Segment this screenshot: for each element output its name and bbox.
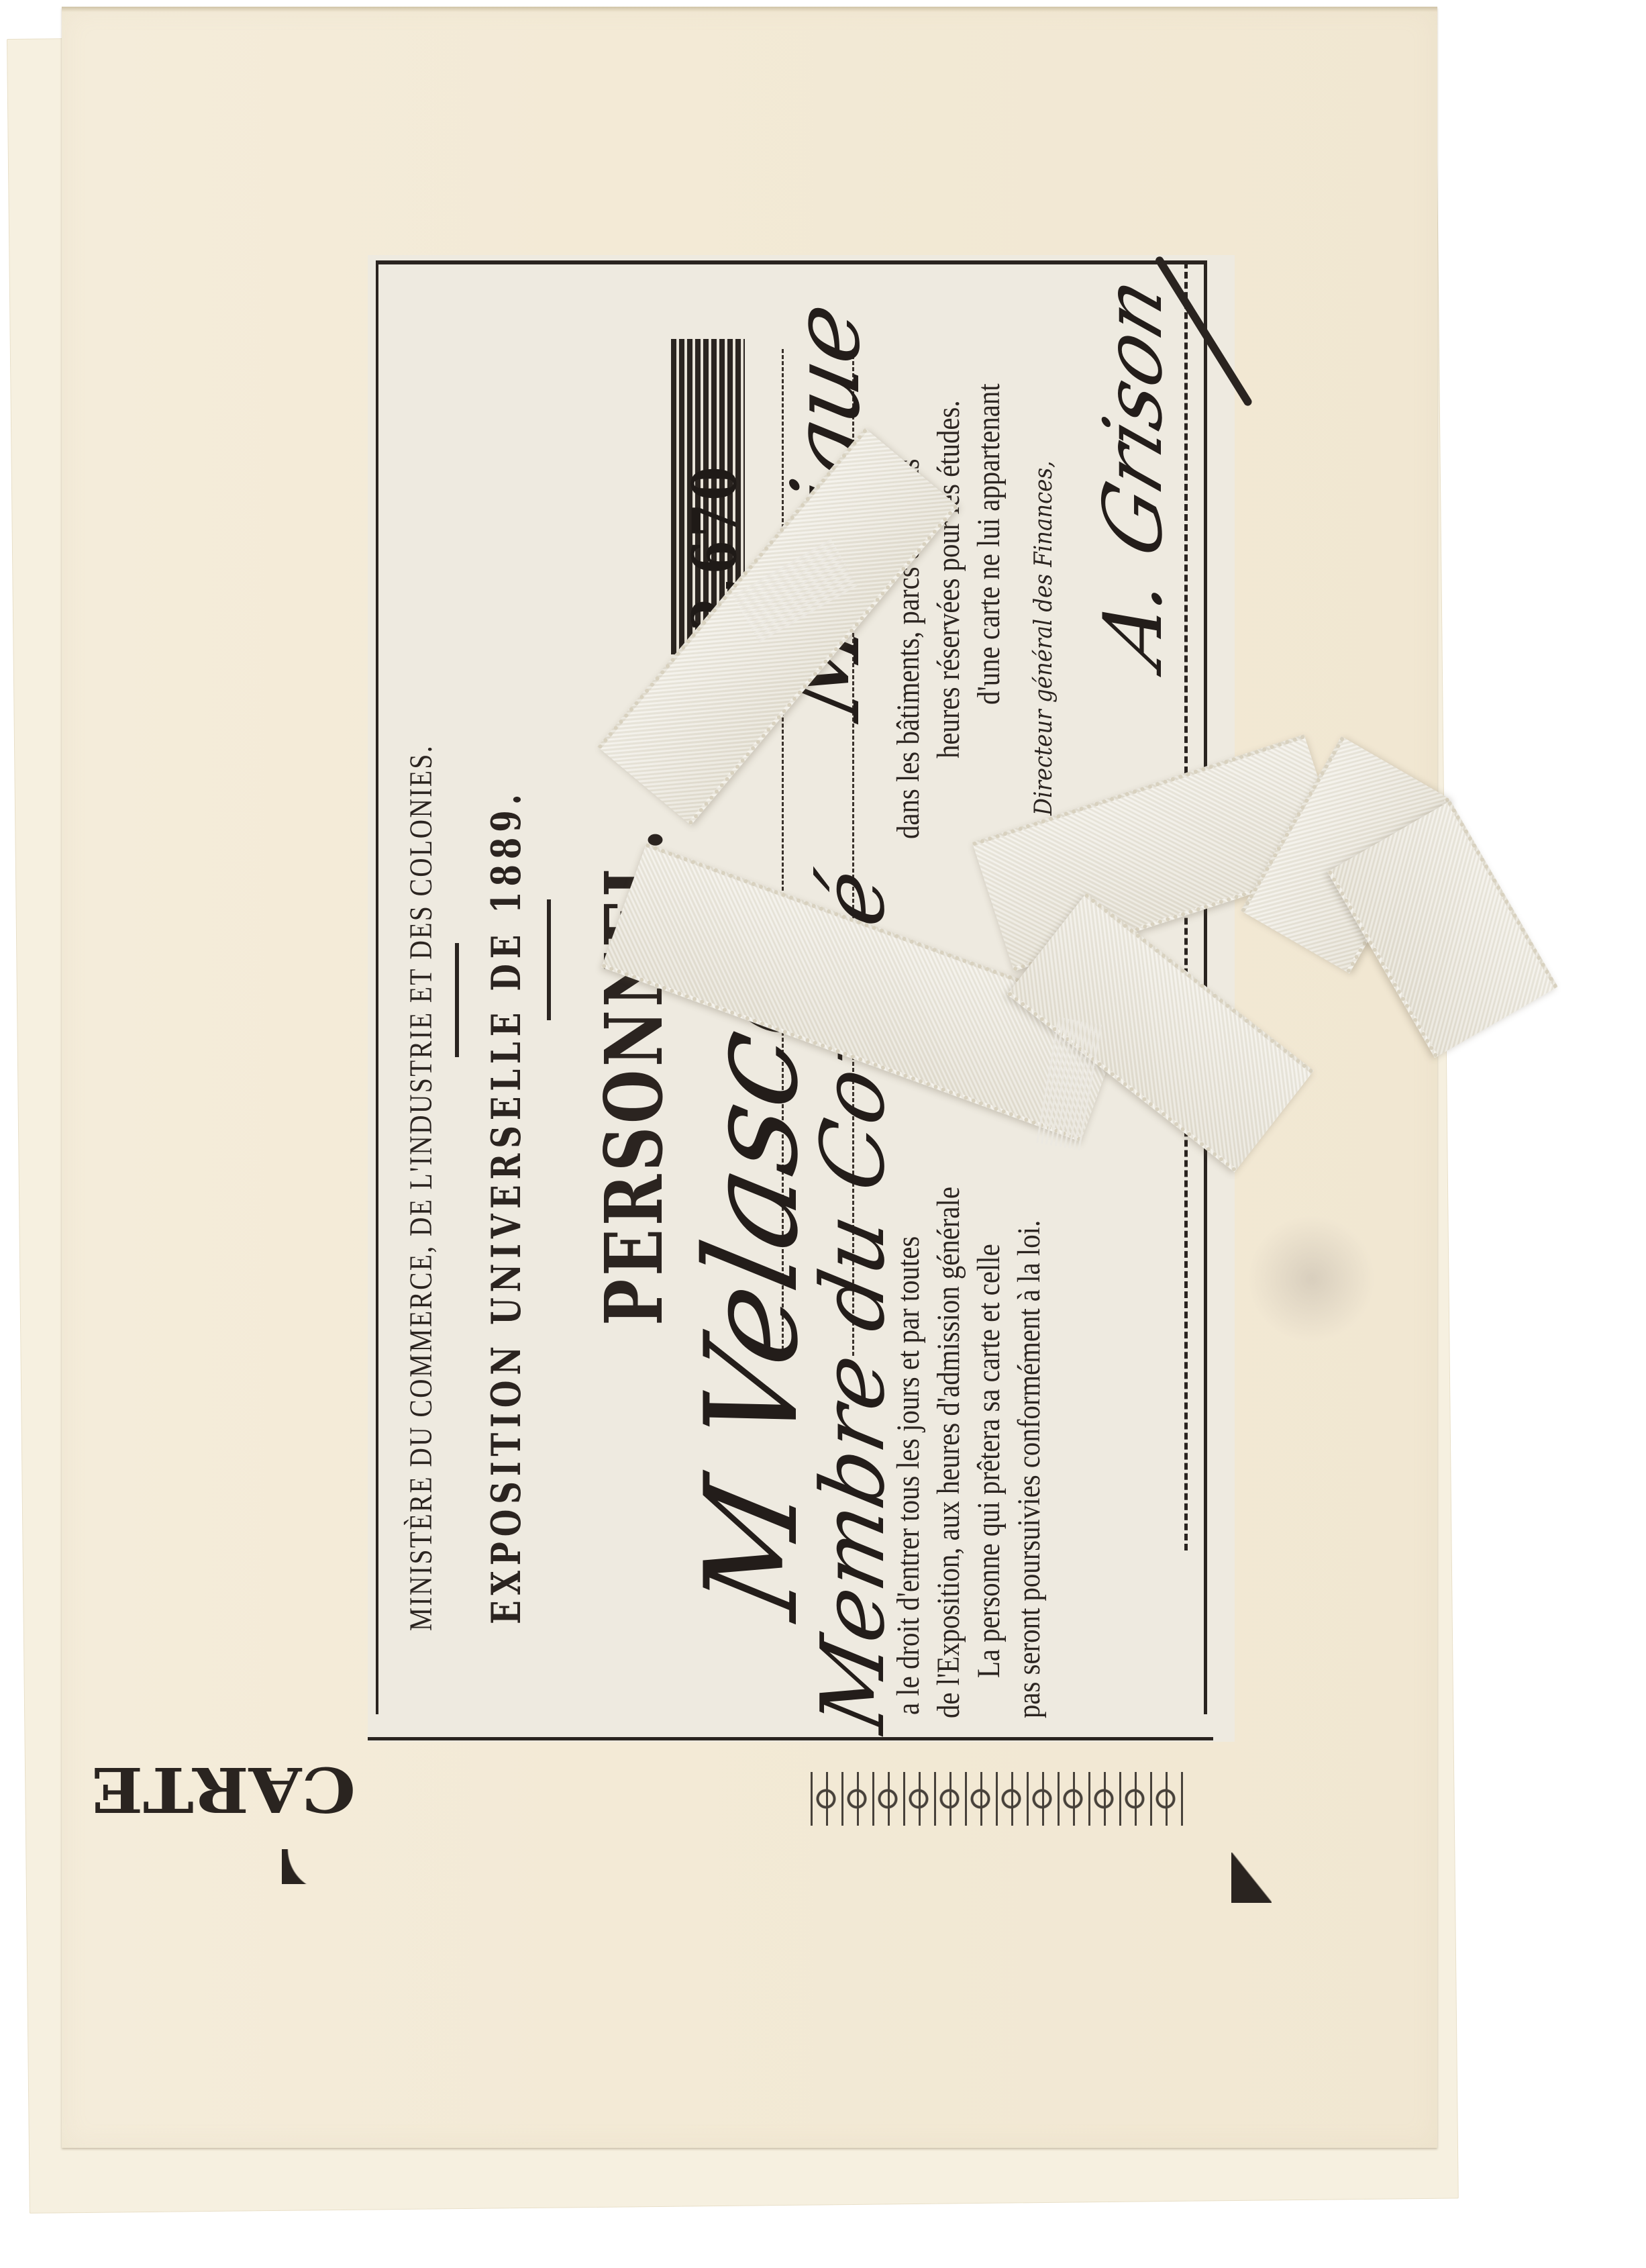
- body-line: La personne qui prêtera sa carte et cell…: [973, 1244, 1005, 1678]
- body-line: a le droit d'entrer tous les jours et pa…: [892, 1236, 925, 1715]
- exposition-title: EXPOSITION UNIVERSELLE DE 1889.: [483, 789, 530, 1624]
- signature: A. Grison: [1087, 264, 1180, 678]
- corner-mark: [282, 1849, 330, 1884]
- card-divider: [368, 1737, 1213, 1740]
- body-line: pas seront poursuivies conformément à la…: [1013, 1220, 1045, 1718]
- stub-label: CARTE: [91, 1753, 356, 1826]
- corner-mark: [1231, 1853, 1272, 1903]
- ornamental-border: [811, 1772, 1186, 1826]
- body-line: d'une carte ne lui appartenant: [973, 383, 1005, 705]
- decorative-rule: [455, 943, 459, 1057]
- signatory-title: Directeur général des Finances,: [1030, 461, 1058, 816]
- fingerprint-smudge: [1248, 1215, 1376, 1342]
- ministry-heading: MINISTÈRE DU COMMERCE, DE L'INDUSTRIE ET…: [403, 744, 440, 1631]
- body-line: heures réservées pour les études.: [933, 400, 965, 758]
- body-line: de l'Exposition, aux heures d'admission …: [933, 1187, 965, 1718]
- decorative-rule: [547, 899, 551, 1020]
